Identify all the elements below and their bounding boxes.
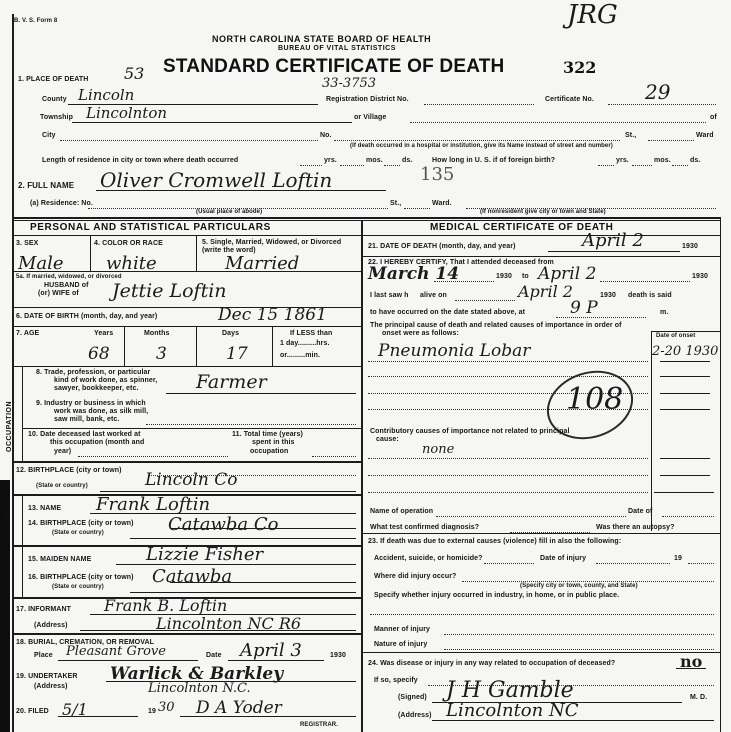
of-label: of xyxy=(710,114,717,121)
cause-value: Pneumonia Lobar xyxy=(378,341,530,361)
city-label: City xyxy=(42,132,56,139)
last-saw-label: I last saw h xyxy=(370,292,409,299)
father-name-value: Frank Loftin xyxy=(96,494,210,515)
informant-label: 17. INFORMANT xyxy=(16,606,71,613)
father-birthplace-label: 14. BIRTHPLACE (city or town) xyxy=(28,520,134,527)
father-birthplace-value: Catawba Co xyxy=(168,514,278,535)
registration-note: 33-3753 xyxy=(322,76,376,91)
name-note: 135 xyxy=(420,164,454,185)
undertaker-address-label: (Address) xyxy=(34,683,68,690)
death-certificate: B. V. S. Form 8 NORTH CAROLINA STATE BOA… xyxy=(0,0,731,732)
total-time-label: 11. Total time (years) xyxy=(232,431,303,438)
father-name-label: 13. NAME xyxy=(28,505,61,512)
registrar-label: REGISTRAR. xyxy=(300,722,338,728)
foreign-label: How long in U. S. if of foreign birth? xyxy=(432,157,555,164)
operation-label: Name of operation xyxy=(370,508,433,515)
stamp-number: 322 xyxy=(563,58,596,77)
margin-note: 53 xyxy=(124,64,144,83)
sex-label: 3. SEX xyxy=(16,240,38,247)
certificate-title: STANDARD CERTIFICATE OF DEATH xyxy=(163,56,504,78)
form-id: B. V. S. Form 8 xyxy=(14,18,57,24)
attended-from-year: 1930 xyxy=(496,273,512,280)
age-months: 3 xyxy=(156,344,167,364)
onset-header: Date of onset xyxy=(656,333,695,339)
center-divider xyxy=(361,220,363,732)
occupation-related-label: 24. Was disease or injury in any way rel… xyxy=(368,660,615,667)
ward-label: Ward xyxy=(696,132,714,139)
filed-label: 20. FILED xyxy=(16,708,49,715)
industry-label: 9. Industry or business in which xyxy=(36,400,146,407)
father-side-label: FATHER xyxy=(5,510,12,540)
mother-name-value: Lizzie Fisher xyxy=(146,544,263,565)
informant-value: Frank B. Loftin xyxy=(104,596,227,615)
cause-code: 108 xyxy=(566,382,623,417)
spouse-label-3: (or) WIFE of xyxy=(38,290,79,297)
mother-side-label: MOTHER xyxy=(5,562,12,595)
birthplace-value: Lincoln Co xyxy=(145,470,237,490)
contributory-value: none xyxy=(422,442,454,457)
hours-label: 1 day.........hrs. xyxy=(280,340,330,347)
operation-date-label: Date of xyxy=(628,508,652,515)
burial-date-value: April 3 xyxy=(240,640,302,661)
less-than-label: If LESS than xyxy=(290,330,332,337)
certificate-no-value: 29 xyxy=(645,80,670,104)
signed-label: (Signed) xyxy=(398,694,427,701)
last-saw-year: 1930 xyxy=(600,292,616,299)
last-worked-label: 10. Date deceased last worked at xyxy=(28,431,141,438)
attended-to: April 2 xyxy=(538,264,596,284)
agency-title: NORTH CAROLINA STATE BOARD OF HEALTH xyxy=(212,34,431,44)
physician-address: Lincolnton NC xyxy=(446,700,578,721)
burial-place-value: Pleasant Grove xyxy=(66,644,166,659)
dob-label: 6. DATE OF BIRTH (month, day, and year) xyxy=(16,313,157,320)
burial-date-label: Date xyxy=(206,652,222,659)
undertaker-address-value: Lincolnton N.C. xyxy=(148,681,251,696)
township-value: Lincolnton xyxy=(86,104,167,122)
years-label: Years xyxy=(94,330,113,337)
occupation-side-label: OCCUPATION xyxy=(6,401,13,452)
full-name-label: 2. FULL NAME xyxy=(18,181,74,190)
mother-birthplace-value: Catawba xyxy=(152,566,232,587)
village-label: or Village xyxy=(354,114,386,121)
if-so-label: If so, specify xyxy=(374,677,418,684)
registrar-signature: D A Yoder xyxy=(196,698,282,718)
cause-label: The principal cause of death and related… xyxy=(370,322,622,329)
days-label: Days xyxy=(222,330,239,337)
nonresident-note: (If nonresident give city or town and St… xyxy=(480,209,606,215)
test-label: What test confirmed diagnosis? xyxy=(370,524,479,531)
county-value: Lincoln xyxy=(78,86,134,104)
autopsy-label: Was there an autopsy? xyxy=(596,524,674,531)
no-label: No. xyxy=(320,132,332,139)
contributory-label: Contributory causes of importance not re… xyxy=(370,428,570,435)
external-causes-label: 23. If death was due to external causes … xyxy=(368,538,621,545)
st-label: St., xyxy=(625,132,636,139)
nature-label: Nature of injury xyxy=(374,641,427,648)
injury-date-label: Date of injury xyxy=(540,555,586,562)
mother-name-label: 15. MAIDEN NAME xyxy=(28,556,91,563)
age-years: 68 xyxy=(88,344,110,364)
date-of-death-value: April 2 xyxy=(582,230,644,251)
age-label: 7. AGE xyxy=(16,330,39,337)
birthplace-label: 12. BIRTHPLACE (city or town) xyxy=(16,467,122,474)
age-days: 17 xyxy=(226,344,248,364)
minutes-label: or.........min. xyxy=(280,352,320,359)
informant-address-label: (Address) xyxy=(34,622,68,629)
attended-to-year: 1930 xyxy=(692,273,708,280)
spouse-label-2: HUSBAND of xyxy=(44,282,89,289)
spouse-label-1: 5a. If married, widowed, or divorced xyxy=(16,274,122,280)
filed-year: 30 xyxy=(158,700,175,715)
township-label: Township xyxy=(40,114,73,121)
dob-value: Dec 15 1861 xyxy=(218,305,327,325)
physician-address-label: (Address) xyxy=(398,712,432,719)
date-of-death-label: 21. DATE OF DEATH (month, day, and year) xyxy=(368,243,516,250)
filed-date: 5/1 xyxy=(62,700,88,719)
personal-section-title: PERSONAL AND STATISTICAL PARTICULARS xyxy=(30,222,271,233)
spouse-value: Jettie Loftin xyxy=(112,280,227,302)
place-of-death-label: 1. PLACE OF DEATH xyxy=(18,76,88,83)
accident-label: Accident, suicide, or homicide? xyxy=(374,555,483,562)
trade-label: 8. Trade, profession, or particular xyxy=(36,369,150,376)
industry-note: Specify whether injury occurred in indus… xyxy=(374,592,619,599)
specify-note: (Specify city or town, county, and State… xyxy=(520,583,638,589)
months-label: Months xyxy=(144,330,169,337)
onset-date: 2-20 1930 xyxy=(652,344,718,359)
left-border xyxy=(12,14,14,732)
trade-value: Farmer xyxy=(196,371,267,393)
right-border xyxy=(720,217,721,732)
time-of-death: 9 P xyxy=(570,298,598,318)
where-injury-label: Where did injury occur? xyxy=(374,573,456,580)
burial-year: 1930 xyxy=(330,652,346,659)
residence-length-label: Length of residence in city or town wher… xyxy=(42,157,238,164)
race-label: 4. COLOR OR RACE xyxy=(94,240,163,247)
occurred-label: to have occurred on the date stated abov… xyxy=(370,309,525,316)
county-label: County xyxy=(42,96,67,103)
mother-birthplace-label: 16. BIRTHPLACE (city or town) xyxy=(28,574,134,581)
hospital-note: (If death occurred in a hospital or inst… xyxy=(350,143,613,149)
bureau-title: BUREAU OF VITAL STATISTICS xyxy=(278,45,396,52)
birthplace-state-label: (State or country) xyxy=(36,483,88,489)
date-of-death-year: 1930 xyxy=(682,243,698,250)
burial-place-label: Place xyxy=(34,652,53,659)
residence-label: (a) Residence: No. xyxy=(30,200,93,207)
undertaker-label: 19. UNDERTAKER xyxy=(16,673,78,680)
registration-district-label: Registration District No. xyxy=(326,96,409,103)
occupation-related-value: no xyxy=(680,652,702,671)
certificate-no-label: Certificate No. xyxy=(545,96,594,103)
md-label: M. D. xyxy=(690,694,707,701)
manner-label: Manner of injury xyxy=(374,626,430,633)
full-name-value: Oliver Cromwell Loftin xyxy=(100,168,332,192)
abode-note: (Usual place of abode) xyxy=(196,209,262,215)
last-saw-value: April 2 xyxy=(518,282,573,301)
informant-address-value: Lincolnton NC R6 xyxy=(156,614,301,633)
corner-initials: JRG xyxy=(567,0,618,30)
